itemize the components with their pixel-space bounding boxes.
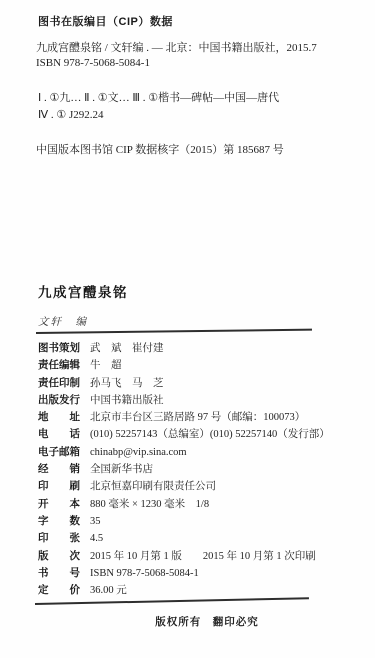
colophon-row: 责任编辑牛 超 <box>38 357 338 374</box>
colophon-table: 图书策划武 斌 崔付建责任编辑牛 超责任印制孙马飞 马 芝出版发行中国书籍出版社… <box>38 340 338 599</box>
colophon-value: 880 毫米 × 1230 毫米 1/8 <box>90 496 209 511</box>
colophon-row: 图书策划武 斌 崔付建 <box>38 340 338 357</box>
book-title: 九成宫醴泉铭 <box>38 281 128 301</box>
colophon-row: 印 张4.5 <box>38 530 338 547</box>
colophon-label: 版 次 <box>38 548 84 563</box>
colophon-value: 36.00 元 <box>90 582 127 597</box>
cip-heading: 图书在版编目（CIP）数据 <box>38 13 173 29</box>
colophon-label: 经 销 <box>38 461 84 476</box>
colophon-value: 35 <box>90 516 101 527</box>
colophon-label: 电 话 <box>38 426 84 441</box>
colophon-row: 版 次2015 年 10 月第 1 版 2015 年 10 月第 1 次印刷 <box>38 548 338 565</box>
colophon-value: 4.5 <box>90 533 103 544</box>
colophon-row: 字 数35 <box>38 513 338 530</box>
colophon-value: 武 斌 崔付建 <box>90 340 164 355</box>
colophon-value: 中国书籍出版社 <box>90 392 164 407</box>
colophon-row: 电子邮箱chinabp@vip.sina.com <box>38 444 338 461</box>
colophon-value: 2015 年 10 月第 1 版 2015 年 10 月第 1 次印刷 <box>90 548 316 563</box>
colophon-label: 责任编辑 <box>38 357 84 372</box>
colophon-value: (010) 52257143（总编室）(010) 52257140（发行部） <box>90 426 330 441</box>
colophon-row: 书 号ISBN 978-7-5068-5084-1 <box>38 565 338 582</box>
copyright-notice: 版权所有 翻印必究 <box>70 614 344 629</box>
colophon-label: 图书策划 <box>38 340 84 355</box>
colophon-value: 孙马飞 马 芝 <box>90 375 164 390</box>
colophon-row: 开 本880 毫米 × 1230 毫米 1/8 <box>38 496 338 513</box>
colophon-row: 出版发行中国书籍出版社 <box>38 392 338 409</box>
colophon-label: 责任印制 <box>38 375 84 390</box>
colophon-value: 北京市丰台区三路居路 97 号（邮编：100073） <box>90 409 305 424</box>
copyright-page: 图书在版编目（CIP）数据 九成宫醴泉铭 / 文轩编 . — 北京：中国书籍出版… <box>0 0 375 658</box>
cip-classification-line-2: Ⅳ . ① J292.24 <box>38 108 104 121</box>
colophon-label: 开 本 <box>38 496 84 511</box>
colophon-row: 地 址北京市丰台区三路居路 97 号（邮编：100073） <box>38 409 338 426</box>
colophon-row: 印 刷北京恒嘉印刷有限责任公司 <box>38 478 338 495</box>
colophon-label: 电子邮箱 <box>38 444 84 459</box>
colophon-label: 出版发行 <box>38 392 84 407</box>
colophon-value: 全国新华书店 <box>90 461 153 476</box>
colophon-label: 印 张 <box>38 530 84 545</box>
divider-top <box>36 329 312 334</box>
book-editor: 文轩 编 <box>38 314 88 329</box>
colophon-label: 定 价 <box>38 582 84 597</box>
colophon-label: 书 号 <box>38 565 84 580</box>
colophon-row: 经 销全国新华书店 <box>38 461 338 478</box>
cip-record-line: 中国版本图书馆 CIP 数据核字（2015）第 185687 号 <box>36 141 284 157</box>
colophon-value: chinabp@vip.sina.com <box>90 447 187 458</box>
cip-isbn-line: ISBN 978-7-5068-5084-1 <box>36 57 150 69</box>
colophon-label: 地 址 <box>38 409 84 424</box>
colophon-row: 电 话(010) 52257143（总编室）(010) 52257140（发行部… <box>38 426 338 443</box>
colophon-label: 印 刷 <box>38 478 84 493</box>
colophon-value: ISBN 978-7-5068-5084-1 <box>90 568 199 579</box>
cip-title-line: 九成宫醴泉铭 / 文轩编 . — 北京：中国书籍出版社，2015.7 <box>36 39 317 55</box>
colophon-value: 北京恒嘉印刷有限责任公司 <box>90 478 216 493</box>
colophon-row: 责任印制孙马飞 马 芝 <box>38 375 338 392</box>
cip-classification-line-1: Ⅰ . ①九… Ⅱ . ①文… Ⅲ . ①楷书—碑帖—中国—唐代 <box>38 89 279 105</box>
colophon-label: 字 数 <box>38 513 84 528</box>
colophon-value: 牛 超 <box>90 357 122 372</box>
